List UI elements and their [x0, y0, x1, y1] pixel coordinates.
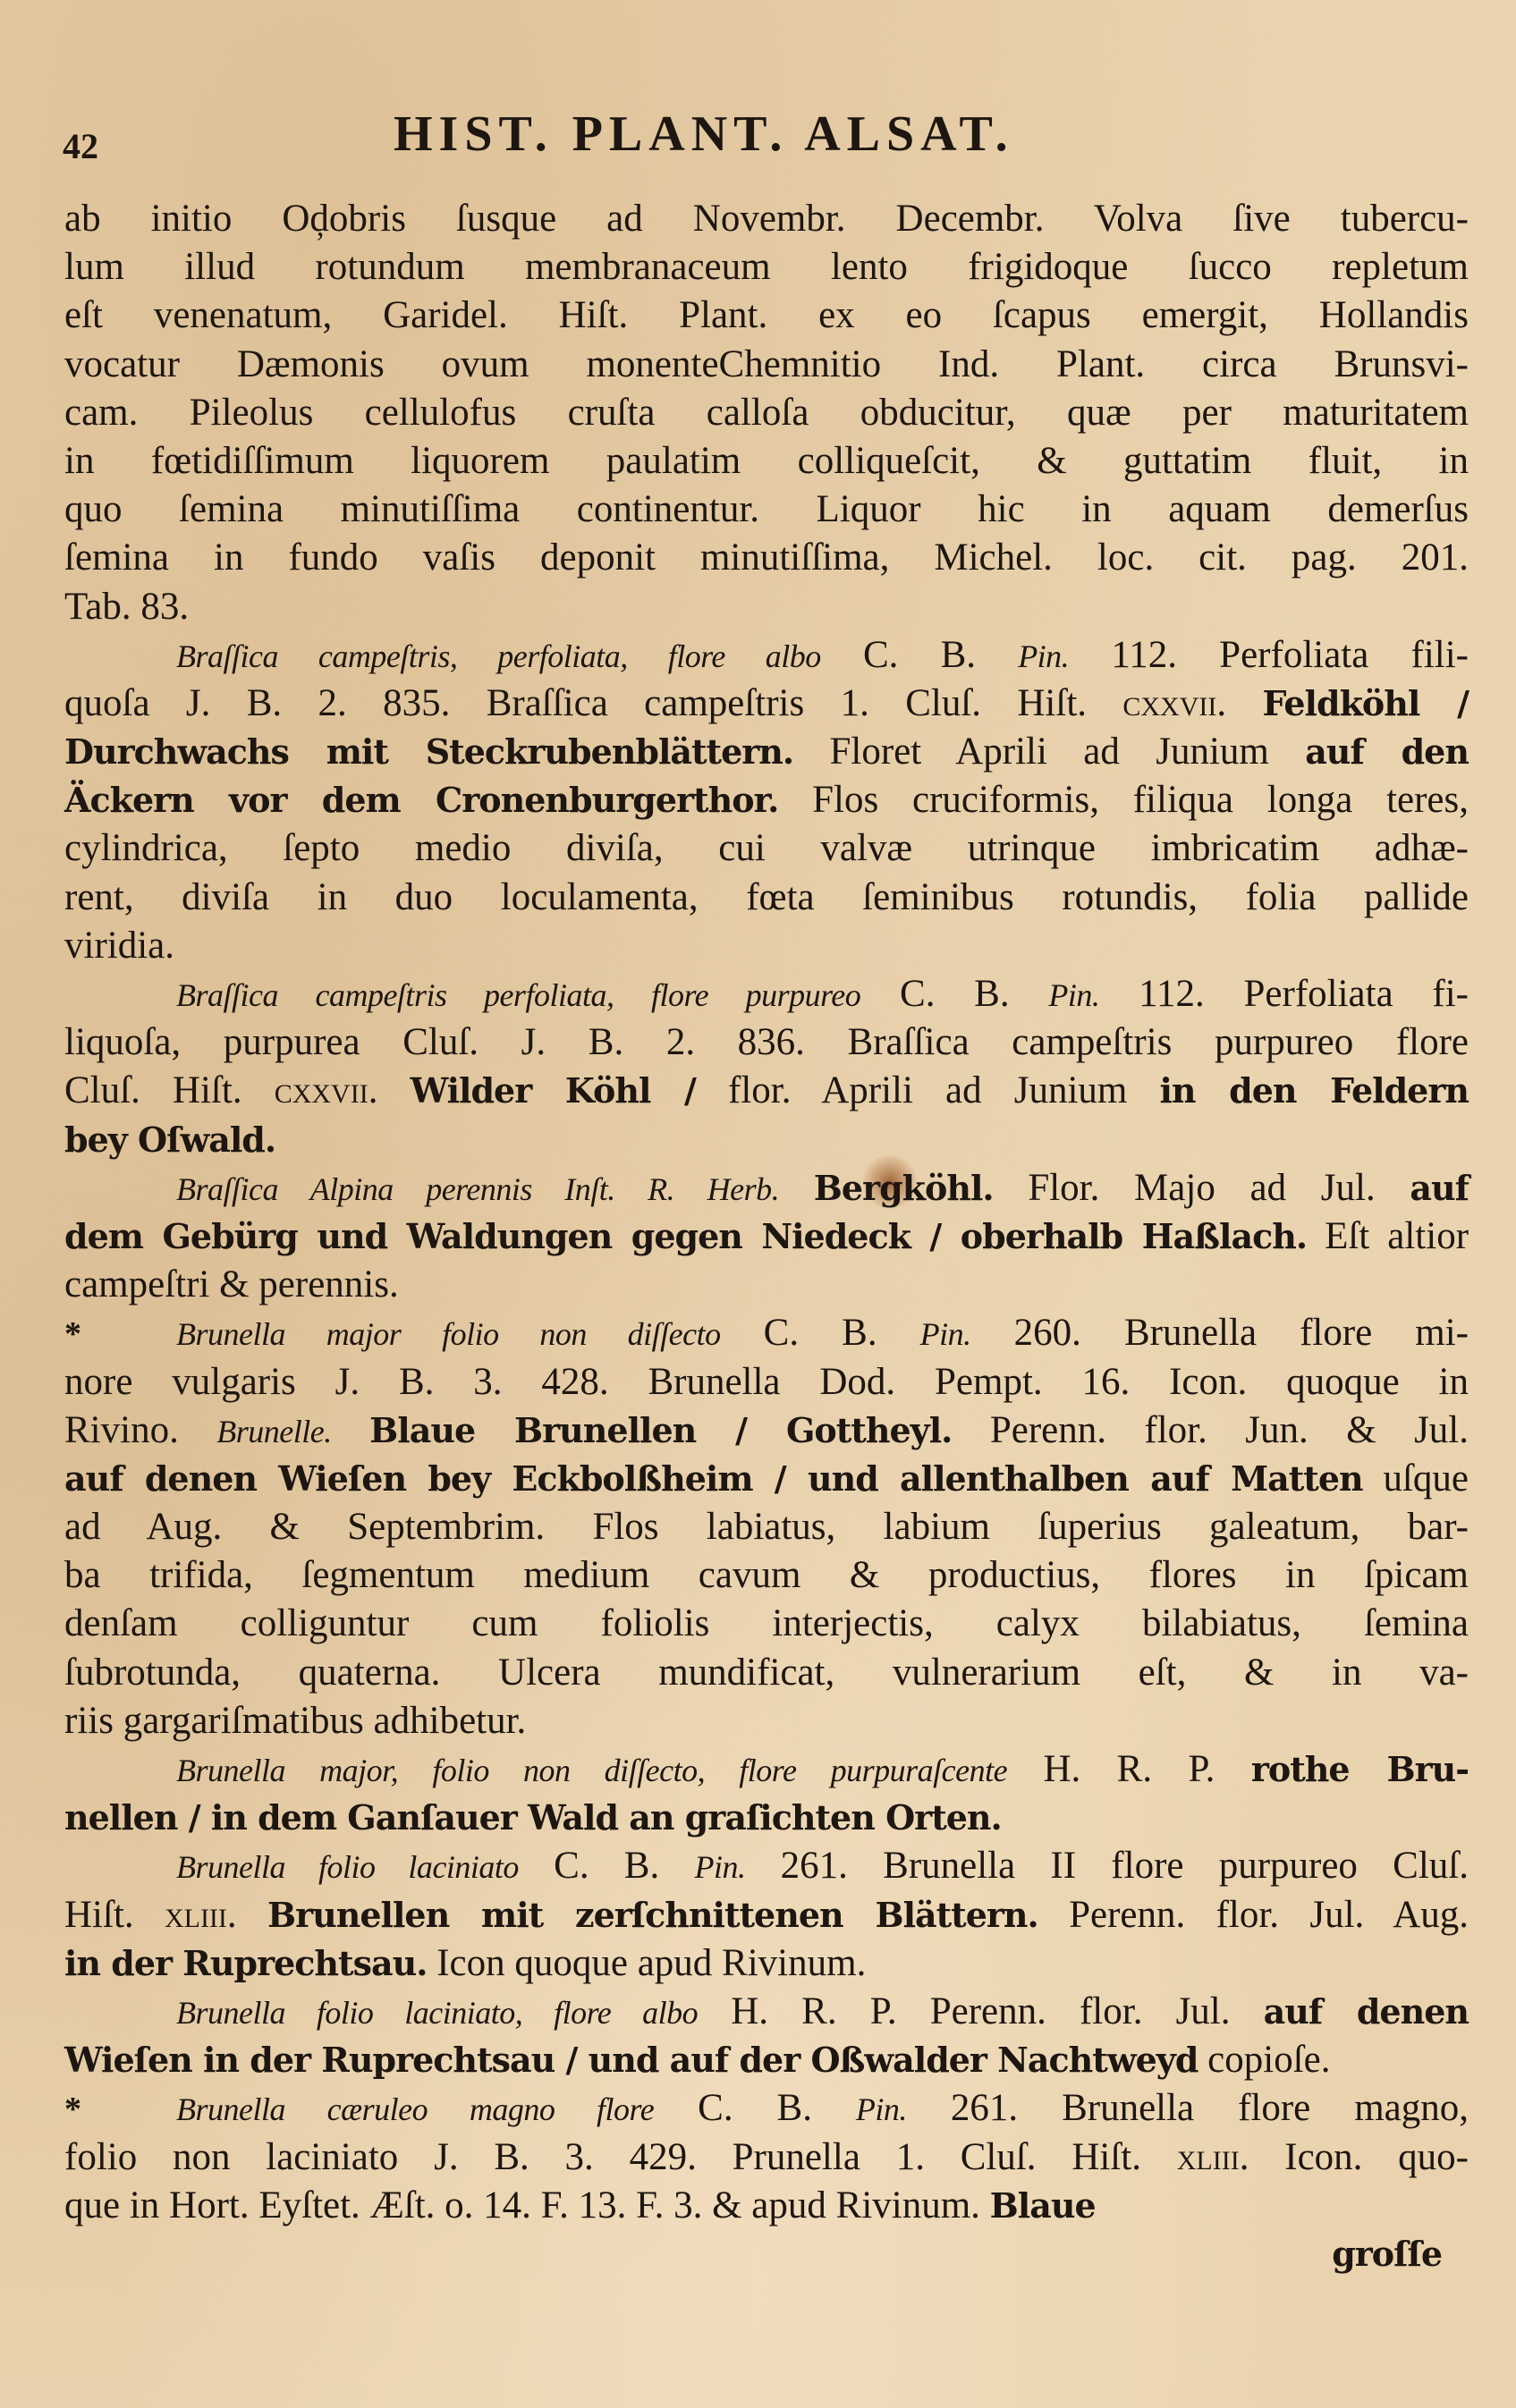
- text-line: liquoſa, purpurea Cluſ. J. B. 2. 836. Br…: [64, 1018, 1469, 1067]
- text-run: vocatur Dæmonis ovum monenteChemnitio In…: [64, 343, 1469, 385]
- text-run: Icon quoque apud Rivinum.: [427, 1942, 866, 1984]
- italic-latin-name: Pin.: [1018, 638, 1069, 674]
- text-line: Wieſen in der Ruprechtsau / und auf der …: [64, 2036, 1469, 2084]
- text-run: liquoſa, purpurea Cluſ. J. B. 2. 836. Br…: [64, 1021, 1469, 1063]
- text-line: auf denen Wieſen bey Eckbolßheim / und a…: [64, 1455, 1469, 1503]
- paragraph-brunella-caeruleo: *Brunella cæruleo magno flore C. B. Pin.…: [64, 2084, 1469, 2230]
- fraktur-german-name: rothe Bru-: [1251, 1749, 1469, 1789]
- text-line: folio non laciniato J. B. 3. 429. Prunel…: [64, 2133, 1469, 2182]
- text-line: *Brunella cæruleo magno flore C. B. Pin.…: [64, 2084, 1469, 2133]
- fraktur-german-name: Feldköhl /: [1262, 683, 1469, 723]
- text-line: Hiſt. xliii. Brunellen mit zerſchnittene…: [64, 1891, 1469, 1939]
- roman-numeral: cxxvii.: [275, 1069, 378, 1111]
- text-run: C. B.: [721, 1312, 920, 1354]
- text-run: 112. Perfoliata fili-: [1069, 634, 1469, 676]
- text-line: Braſſica campeſtris, perfoliata, flore a…: [64, 631, 1469, 680]
- fraktur-german-name: Wieſen in der Ruprechtsau / und auf der …: [64, 2040, 1198, 2080]
- text-run: flor. Aprili ad Junium: [696, 1069, 1160, 1111]
- text-line: Durchwachs mit Steckrubenblättern. Flore…: [64, 728, 1469, 776]
- text-line: bey Oſwald.: [64, 1116, 1469, 1164]
- text-run: Icon. quo-: [1249, 2136, 1469, 2178]
- text-line: Äckern vor dem Cronenburgerthor. Flos cr…: [64, 776, 1469, 824]
- text-run: ab initio Oḑobris ſusque ad Novembr. Dec…: [64, 198, 1469, 240]
- text-run: rent, diviſa in duo loculamenta, fœta ſe…: [64, 876, 1469, 918]
- body-text: ab initio Oḑobris ſusque ad Novembr. Dec…: [64, 195, 1469, 2278]
- fraktur-german-name: Bergköhl.: [814, 1168, 994, 1208]
- text-run: C. B.: [860, 973, 1048, 1015]
- fraktur-german-name: auf denen: [1264, 1991, 1469, 2032]
- text-line: Brunella folio laciniato C. B. Pin. 261.…: [64, 1842, 1469, 1890]
- paragraph-brunella-laciniato: Brunella folio laciniato C. B. Pin. 261.…: [64, 1842, 1469, 1988]
- text-run: [332, 1409, 369, 1451]
- paragraph-brassica-campestris-albo: Braſſica campeſtris, perfoliata, flore a…: [64, 631, 1469, 970]
- fraktur-german-name: in der Ruprechtsau.: [64, 1943, 427, 1983]
- text-line: denſam colliguntur cum foliolis interjec…: [64, 1600, 1469, 1648]
- italic-latin-name: Brunelle.: [216, 1414, 331, 1449]
- text-run: viridia.: [64, 925, 174, 967]
- paragraph-brunella-major-purpurascente: Brunella major, folio non diſſecto, flor…: [64, 1745, 1469, 1842]
- text-run: Tab. 83.: [64, 586, 189, 628]
- asterisk-marker: *: [64, 2085, 176, 2133]
- fraktur-german-name: dem Gebürg und Waldungen gegen Niedeck /…: [64, 1216, 1307, 1256]
- text-run: C. B.: [519, 1845, 695, 1887]
- text-run: Flor. Majo ad Jul.: [994, 1167, 1410, 1209]
- text-run: campeſtri & perennis.: [64, 1263, 399, 1305]
- text-run: cylindrica, ſepto medio diviſa, cui valv…: [64, 827, 1469, 869]
- text-run: Flos cruciformis, filiqua longa teres,: [778, 779, 1469, 821]
- text-line: in fœtidiſſimum liquorem paulatim colliq…: [64, 437, 1469, 486]
- paragraph-brunella-major: *Brunella major folio non diſſecto C. B.…: [64, 1309, 1469, 1745]
- italic-latin-name: Pin.: [856, 2091, 907, 2127]
- fraktur-german-name: Durchwachs mit Steckrubenblättern.: [64, 731, 793, 772]
- text-line: Braſſica campeſtris perfoliata, flore pu…: [64, 970, 1469, 1018]
- roman-numeral: cxxvii.: [1122, 682, 1226, 724]
- text-run: Eſt altior: [1307, 1215, 1469, 1257]
- text-run: Hiſt.: [64, 1894, 165, 1936]
- text-line: ſubrotunda, quaterna. Ulcera mundificat,…: [64, 1649, 1469, 1697]
- text-run: H. R. P.: [1007, 1748, 1251, 1790]
- italic-latin-name: Brunella folio laciniato, flore albo: [176, 1995, 698, 2031]
- text-line: nellen / in dem Ganſauer Wald an graſich…: [64, 1794, 1469, 1842]
- text-run: Cluſ. Hiſt.: [64, 1069, 275, 1111]
- text-line: campeſtri & perennis.: [64, 1261, 1469, 1309]
- paragraph-brassica-alpina: Braſſica Alpina perennis Inſt. R. Herb. …: [64, 1164, 1469, 1310]
- text-run: Perenn. flor. Jun. & Jul.: [952, 1409, 1469, 1451]
- text-run: C. B.: [654, 2087, 856, 2129]
- asterisk-marker: *: [64, 1310, 176, 1358]
- fraktur-german-name: auf den: [1305, 731, 1469, 772]
- paragraph-brunella-laciniato-albo: Brunella folio laciniato, flore albo H. …: [64, 1988, 1469, 2084]
- text-run: [779, 1167, 814, 1209]
- text-line: vocatur Dæmonis ovum monenteChemnitio In…: [64, 341, 1469, 389]
- text-line: in der Ruprechtsau. Icon quoque apud Riv…: [64, 1939, 1469, 1988]
- book-page: 42 HIST. PLANT. ALSAT. ab initio Oḑobris…: [0, 0, 1516, 2408]
- text-line: riis gargariſmatibus adhibetur.: [64, 1697, 1469, 1745]
- text-run: [377, 1069, 410, 1111]
- text-run: lum illud rotundum membranaceum lento fr…: [64, 246, 1469, 288]
- text-run: [237, 1894, 267, 1936]
- text-run: cam. Pileolus cellulofus cruſta calloſa …: [64, 392, 1469, 434]
- text-line: cam. Pileolus cellulofus cruſta calloſa …: [64, 389, 1469, 437]
- text-run: quo ſemina minutiſſima continentur. Liqu…: [64, 488, 1469, 530]
- text-line: ad Aug. & Septembrim. Flos labiatus, lab…: [64, 1503, 1469, 1551]
- text-run: 112. Perfoliata fi-: [1099, 973, 1469, 1015]
- text-run: ad Aug. & Septembrim. Flos labiatus, lab…: [64, 1506, 1469, 1548]
- text-line: rent, diviſa in duo loculamenta, fœta ſe…: [64, 874, 1469, 922]
- fraktur-german-name: bey Oſwald.: [64, 1120, 275, 1160]
- text-run: quoſa J. B. 2. 835. Braſſica campeſtris …: [64, 682, 1122, 724]
- text-run: eſt venenatum, Garidel. Hiſt. Plant. ex …: [64, 294, 1469, 336]
- text-run: 260. Brunella flore mi-: [971, 1312, 1469, 1354]
- text-run: denſam colliguntur cum foliolis interjec…: [64, 1602, 1469, 1644]
- fraktur-german-name: nellen / in dem Ganſauer Wald an graſich…: [64, 1797, 1002, 1838]
- catchword: groſſe: [64, 2230, 1469, 2278]
- text-line: ſemina in fundo vaſis deponit minutiſſim…: [64, 534, 1469, 582]
- text-run: nore vulgaris J. B. 3. 428. Brunella Dod…: [64, 1361, 1469, 1403]
- italic-latin-name: Braſſica Alpina perennis Inſt. R. Herb.: [176, 1171, 779, 1207]
- text-line: viridia.: [64, 922, 1469, 970]
- italic-latin-name: Pin.: [920, 1316, 971, 1352]
- text-line: Tab. 83.: [64, 583, 1469, 631]
- italic-latin-name: Brunella major folio non diſſecto: [176, 1316, 721, 1352]
- text-line: *Brunella major folio non diſſecto C. B.…: [64, 1309, 1469, 1357]
- text-run: [1226, 682, 1262, 724]
- text-run: ſemina in fundo vaſis deponit minutiſſim…: [64, 537, 1469, 579]
- running-title: HIST. PLANT. ALSAT.: [394, 106, 1014, 163]
- italic-latin-name: Brunella cæruleo magno flore: [176, 2091, 654, 2127]
- roman-numeral: xliii.: [165, 1894, 237, 1936]
- text-line: que in Hort. Eyſtet. Æſt. o. 14. F. 13. …: [64, 2182, 1469, 2230]
- text-line: ab initio Oḑobris ſusque ad Novembr. Dec…: [64, 195, 1469, 243]
- text-run: Perenn. flor. Jul. Aug.: [1038, 1894, 1469, 1936]
- text-run: H. R. P. Perenn. flor. Jul.: [698, 1990, 1264, 2032]
- text-line: Braſſica Alpina perennis Inſt. R. Herb. …: [64, 1164, 1469, 1212]
- fraktur-german-name: auf denen Wieſen bey Eckbolßheim / und a…: [64, 1458, 1363, 1499]
- fraktur-german-name: auf: [1410, 1168, 1469, 1208]
- text-run: ba trifida, ſegmentum medium cavum & pro…: [64, 1554, 1469, 1596]
- fraktur-german-name: Wilder Köhl /: [411, 1070, 696, 1111]
- italic-latin-name: Brunella major, folio non diſſecto, flor…: [176, 1753, 1007, 1788]
- text-line: dem Gebürg und Waldungen gegen Niedeck /…: [64, 1212, 1469, 1261]
- text-run: copioſe.: [1198, 2039, 1330, 2081]
- page-number: 42: [63, 125, 98, 167]
- text-line: ba trifida, ſegmentum medium cavum & pro…: [64, 1551, 1469, 1600]
- italic-latin-name: Braſſica campeſtris, perfoliata, flore a…: [176, 638, 821, 674]
- fraktur-german-name: in den Feldern: [1159, 1070, 1469, 1111]
- paragraph-brassica-campestris-purpureo: Braſſica campeſtris perfoliata, flore pu…: [64, 970, 1469, 1164]
- text-run: que in Hort. Eyſtet. Æſt. o. 14. F. 13. …: [64, 2184, 990, 2226]
- text-line: Brunella major, folio non diſſecto, flor…: [64, 1745, 1469, 1794]
- text-run: folio non laciniato J. B. 3. 429. Prunel…: [64, 2136, 1177, 2178]
- roman-numeral: xliii.: [1177, 2136, 1249, 2178]
- fraktur-german-name: Brunellen mit zerſchnittenen Blättern.: [267, 1895, 1038, 1935]
- text-line: quo ſemina minutiſſima continentur. Liqu…: [64, 486, 1469, 534]
- text-line: quoſa J. B. 2. 835. Braſſica campeſtris …: [64, 680, 1469, 728]
- text-line: Brunella folio laciniato, flore albo H. …: [64, 1988, 1469, 2036]
- italic-latin-name: Pin.: [1048, 977, 1099, 1013]
- text-line: Rivino. Brunelle. Blaue Brunellen / Gott…: [64, 1407, 1469, 1455]
- italic-latin-name: Pin.: [694, 1849, 745, 1885]
- text-run: Rivino.: [64, 1409, 216, 1451]
- text-run: Floret Aprili ad Junium: [793, 731, 1305, 773]
- paragraph-continuation: ab initio Oḑobris ſusque ad Novembr. Dec…: [64, 195, 1469, 631]
- text-run: C. B.: [821, 634, 1018, 676]
- text-run: in fœtidiſſimum liquorem paulatim colliq…: [64, 440, 1469, 482]
- text-run: riis gargariſmatibus adhibetur.: [64, 1700, 526, 1742]
- text-line: cylindrica, ſepto medio diviſa, cui valv…: [64, 824, 1469, 873]
- text-run: uſque: [1363, 1457, 1469, 1500]
- fraktur-german-name: Blaue: [990, 2185, 1096, 2226]
- text-run: 261. Brunella flore magno,: [907, 2087, 1469, 2129]
- fraktur-german-name: Blaue Brunellen / Gottheyl.: [369, 1410, 952, 1450]
- text-run: ſubrotunda, quaterna. Ulcera mundificat,…: [64, 1652, 1469, 1694]
- italic-latin-name: Braſſica campeſtris perfoliata, flore pu…: [176, 977, 860, 1013]
- italic-latin-name: Brunella folio laciniato: [176, 1849, 519, 1885]
- text-run: 261. Brunella II flore purpureo Cluſ.: [745, 1845, 1469, 1887]
- text-line: eſt venenatum, Garidel. Hiſt. Plant. ex …: [64, 291, 1469, 340]
- running-head: 42 HIST. PLANT. ALSAT.: [0, 106, 1516, 168]
- fraktur-german-name: Äckern vor dem Cronenburgerthor.: [64, 780, 778, 820]
- text-line: lum illud rotundum membranaceum lento fr…: [64, 243, 1469, 291]
- text-line: Cluſ. Hiſt. cxxvii. Wilder Köhl / flor. …: [64, 1067, 1469, 1115]
- text-line: nore vulgaris J. B. 3. 428. Brunella Dod…: [64, 1358, 1469, 1407]
